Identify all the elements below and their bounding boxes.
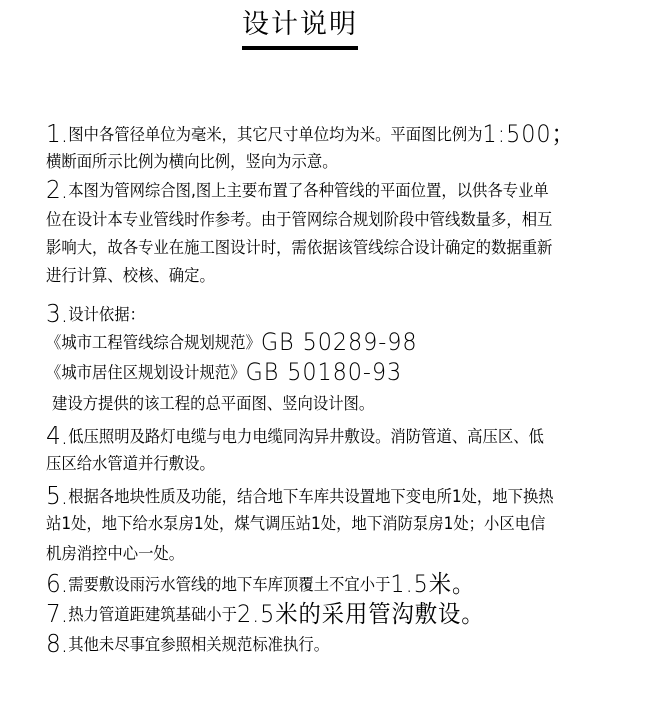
note-item-8: 8.其他未尽事宜参照相关规范标准执行。 [46,632,329,657]
note-text: 站1处，地下给水泵房1处，煤气调压站1处，地下消防泵房1处；小区电信 [46,514,545,533]
note-text: 《城市居住区规划设计规范》 [46,363,245,382]
note-item-6: 6.需要敷设雨污水管线的地下车库顶覆土不宜小于1.5米。 [46,572,475,597]
note-number: 2. [46,175,68,204]
note-text: 进行计算、校核、确定。 [46,266,215,285]
note-text: 横断面所示比例为横向比例，竖向为示意。 [46,152,338,171]
note-number: 4. [46,421,68,450]
note-text: 《城市工程管线综合规划规范》 [46,333,261,352]
note-value: GB 50289-98 [261,328,418,356]
page-title: 设计说明 [242,8,358,50]
note-text: 本图为管网综合图,图上主要布置了各种管线的平面位置，以供各专业单 [68,181,549,200]
note-text: 根据各地块性质及功能，结合地下车库共设置地下变电所1处，地下换热 [68,487,553,506]
note-number: 6. [46,569,68,598]
note-value: 1:500； [483,120,575,148]
note-text: 位在设计本专业管线时作参考。由于管网综合规划阶段中管线数量多，相互 [46,210,552,229]
note-item-1: 1.图中各管径单位为毫米，其它尺寸单位均为米。平面图比例为1:500； [46,122,575,147]
note-line: 《城市工程管线综合规划规范》GB 50289-98 [46,330,418,355]
note-item-2: 2.本图为管网综合图,图上主要布置了各种管线的平面位置，以供各专业单 [46,178,549,203]
note-value: 2.5米的采用管沟敷设。 [237,600,485,628]
note-line: 进行计算、校核、确定。 [46,264,215,288]
note-line: 压区给水管道并行敷设。 [46,452,215,476]
note-text: 热力管道距建筑基础小于 [68,605,237,624]
note-text: 影响大，故各专业在施工图设计时，需依据该管线综合设计确定的数据重新 [46,238,552,257]
note-text: 压区给水管道并行敷设。 [46,454,215,473]
note-number: 1. [46,119,68,148]
note-text: 需要敷设雨污水管线的地下车库顶覆土不宜小于 [68,575,390,594]
note-item-7: 7.热力管道距建筑基础小于2.5米的采用管沟敷设。 [46,602,485,627]
note-number: 5. [46,481,68,510]
note-line: 机房消控中心一处。 [46,542,184,566]
note-item-5: 5.根据各地块性质及功能，结合地下车库共设置地下变电所1处，地下换热 [46,484,554,509]
note-number: 8. [46,629,68,658]
note-line: 横断面所示比例为横向比例，竖向为示意。 [46,150,338,174]
note-number: 3. [46,299,68,328]
note-text: 建设方提供的该工程的总平面图、竖向设计图。 [52,394,374,413]
note-item-3: 3.设计依据： [46,302,145,327]
note-text: 低压照明及路灯电缆与电力电缆同沟异井敷设。消防管道、高压区、低 [68,427,544,446]
note-text: 图中各管径单位为毫米，其它尺寸单位均为米。平面图比例为 [68,125,482,144]
note-text: 机房消控中心一处。 [46,544,184,563]
note-text: 其他未尽事宜参照相关规范标准执行。 [68,635,329,654]
note-value: GB 50180-93 [245,358,402,386]
note-value: 1.5米。 [390,570,475,598]
note-line: 《城市居住区规划设计规范》GB 50180-93 [46,360,402,385]
note-line: 建设方提供的该工程的总平面图、竖向设计图。 [52,392,374,416]
note-item-4: 4.低压照明及路灯电缆与电力电缆同沟异井敷设。消防管道、高压区、低 [46,424,544,449]
note-line: 位在设计本专业管线时作参考。由于管网综合规划阶段中管线数量多，相互 [46,208,552,232]
note-text: 设计依据： [68,305,145,324]
note-number: 7. [46,599,68,628]
note-line: 影响大，故各专业在施工图设计时，需依据该管线综合设计确定的数据重新 [46,236,552,260]
note-line: 站1处，地下给水泵房1处，煤气调压站1处，地下消防泵房1处；小区电信 [46,512,545,536]
